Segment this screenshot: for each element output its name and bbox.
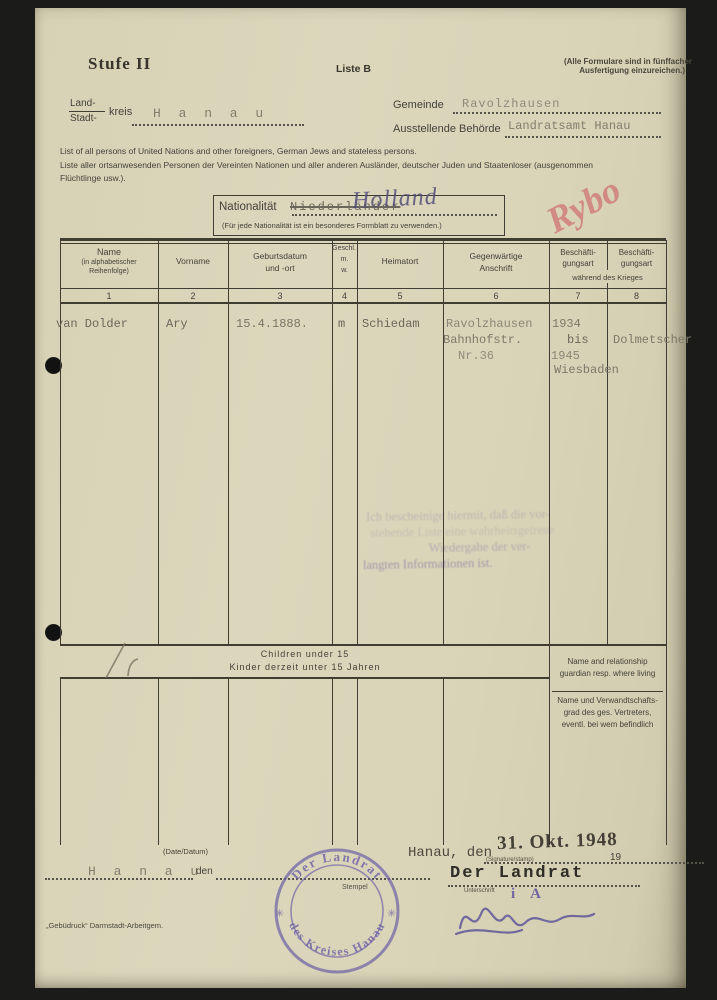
- row-vorname: Ary: [166, 317, 188, 331]
- col-line: [60, 678, 61, 845]
- year-prefix: 19: [610, 852, 621, 863]
- pencil-mark: [98, 640, 146, 682]
- col1-number: 1: [60, 291, 158, 301]
- children-band-top-rule: [60, 644, 666, 646]
- col-line: [666, 240, 667, 845]
- gemeinde-line: [453, 112, 661, 114]
- behoerde-value: Landratsamt Hanau: [508, 119, 630, 133]
- row-heimatort: Schiedam: [362, 317, 420, 331]
- row-krieg-bis: bis: [567, 333, 589, 347]
- row-geschlecht: m: [338, 317, 345, 331]
- round-official-stamp: Der Landrat des Kreises Hanau ✳ ✳: [267, 841, 407, 981]
- nationality-note: (Für jede Nationalität ist ein besondere…: [222, 221, 442, 230]
- print-credit: „Gebüdruck“ Darmstadt-Arbeitgem.: [46, 921, 163, 930]
- date-stamp: 31. Okt. 1948: [497, 829, 618, 855]
- col2-header: Vorname: [158, 256, 228, 266]
- col-line: [228, 678, 229, 845]
- col7-header: Beschäfti-: [549, 248, 607, 257]
- col3-header-sub: und -ort: [228, 263, 332, 273]
- col3-header: Geburtsdatum: [228, 251, 332, 261]
- behoerde-line: [505, 136, 661, 138]
- col6-header: Gegenwärtige: [443, 251, 549, 261]
- intro-english: List of all persons of United Nations an…: [60, 146, 417, 156]
- col-line: [443, 678, 444, 845]
- signature-scrawl: [452, 894, 602, 942]
- guardian-box-divider: [552, 691, 663, 692]
- row-krieg-von: 1934: [552, 317, 581, 331]
- col6-header-sub: Anschrift: [443, 263, 549, 273]
- copies-note-line1: (Alle Formulare sind in fünffacher: [480, 57, 692, 66]
- row-krieg-jahr: 1945: [551, 349, 580, 363]
- col-line: [607, 283, 608, 644]
- nationality-line: [292, 214, 497, 216]
- round-stamp-bottom-text: des Kreises Hanau: [286, 919, 388, 958]
- col6-number: 6: [443, 291, 549, 301]
- row-name: van Dolder: [56, 317, 128, 331]
- fraction-divider: [69, 111, 105, 112]
- col3-number: 3: [228, 291, 332, 301]
- city-date-typed: Hanau, den: [408, 845, 492, 861]
- col4-header-w: w.: [332, 267, 357, 274]
- header-number-rule: [60, 288, 666, 289]
- gemeinde-value: Ravolzhausen: [462, 97, 560, 111]
- landrat-typed: Der Landrat: [450, 864, 584, 883]
- col1-header: Name: [60, 247, 158, 257]
- den-label: den: [196, 866, 213, 877]
- form-stage-title: Stufe II: [88, 54, 151, 74]
- kreis-line: [132, 124, 304, 126]
- round-stamp-top-text: Der Landrat: [288, 849, 386, 883]
- copies-note-line2: Ausfertigung einzureichen.): [480, 66, 685, 75]
- col8-header: Beschäfti-: [607, 248, 666, 257]
- svg-text:Der Landrat: Der Landrat: [288, 849, 386, 883]
- kreis-label: kreis: [109, 106, 132, 118]
- round-stamp-star-left: ✳: [275, 908, 284, 920]
- col2-number: 2: [158, 291, 228, 301]
- nationality-handwritten-value: Holland: [351, 184, 438, 215]
- guardian-de-line1: Name und Verwandtschafts-: [549, 696, 666, 705]
- col-line: [332, 678, 333, 845]
- row-anschrift-1: Ravolzhausen: [446, 317, 532, 331]
- place-value: H a n a u: [88, 864, 203, 879]
- behoerde-label: Ausstellende Behörde: [393, 123, 501, 135]
- col4-header-m: m.: [332, 256, 357, 263]
- row-anschrift-3: Nr.36: [458, 349, 494, 363]
- row-anschrift-2: Bahnhofstr.: [443, 333, 522, 347]
- col-line: [549, 240, 550, 845]
- col7-number: 7: [549, 291, 607, 301]
- col-line: [357, 678, 358, 845]
- table-top-rule2: [60, 243, 666, 244]
- intro-german-line2: Flüchtlinge usw.).: [60, 173, 126, 183]
- form-list-title: Liste B: [336, 63, 371, 75]
- signature-stamp-note: (Signature/stamp): [486, 857, 534, 863]
- col5-header: Heimatort: [357, 256, 443, 266]
- col-line: [158, 678, 159, 845]
- guardian-de-line3: eventl. bei wem befindlich: [549, 720, 666, 729]
- col5-number: 5: [357, 291, 443, 301]
- row-beruf: Dolmetscher: [613, 333, 692, 347]
- intro-german-line1: Liste aller ortsanwesenden Personen der …: [60, 160, 690, 170]
- guardian-en-line2: guardian resp. where living: [549, 669, 666, 678]
- guardian-en-line1: Name and relationship: [549, 657, 666, 666]
- certification-stamp-line4: langten Informationen ist.: [363, 556, 493, 573]
- col4-header: Geschl.: [330, 245, 358, 252]
- table-top-rule: [60, 238, 666, 241]
- round-stamp-star-right: ✳: [387, 908, 396, 920]
- col4-number: 4: [332, 291, 357, 301]
- col1-header-sub2: Reihenfolge): [60, 268, 158, 275]
- col1-header-sub: (in alphabetischer: [60, 259, 158, 266]
- certification-stamp-line3: Wiedergabe der ver-: [429, 539, 531, 556]
- land-label: Land-: [70, 98, 96, 109]
- stadt-label: Stadt-: [70, 113, 97, 124]
- kreis-value: H a n a u: [153, 106, 268, 121]
- col8-number: 8: [607, 291, 666, 301]
- number-body-rule: [60, 302, 666, 304]
- col8-header-sub: gungsart: [607, 259, 666, 268]
- row-krieg-ort: Wiesbaden: [554, 363, 619, 377]
- wartime-span-label: während des Krieges: [549, 273, 666, 282]
- scanned-form-page: Stufe II Liste B (Alle Formulare sind in…: [0, 0, 717, 1000]
- date-datum-label: (Date/Datum): [163, 847, 208, 856]
- gemeinde-label: Gemeinde: [393, 99, 444, 111]
- col7-header-sub: gungsart: [549, 259, 607, 268]
- guardian-de-line2: grad des ges. Vertreters,: [549, 708, 666, 717]
- nationality-label: Nationalität: [219, 201, 277, 213]
- row-geburtsdatum: 15.4.1888.: [236, 317, 308, 331]
- svg-text:des Kreises Hanau: des Kreises Hanau: [286, 919, 388, 958]
- stempel-label: Stempel: [342, 884, 368, 891]
